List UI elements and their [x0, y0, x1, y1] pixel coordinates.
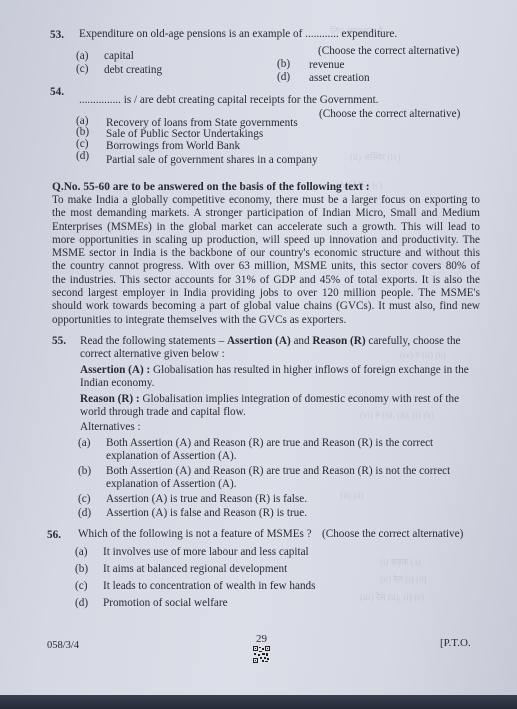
option-label: (d): [75, 597, 88, 610]
instruction: (Choose the correct alternative): [322, 528, 463, 541]
please-turn-over: [P.T.O.: [440, 637, 471, 649]
option-label: (a): [75, 546, 87, 559]
question-stem: Which of the following is not a feature …: [78, 528, 312, 541]
exam-page: लिए आवश्यक है (ii) अस्थिर (iv) MSMEs (c)…: [0, 0, 517, 695]
question-number: 56.: [47, 529, 61, 542]
option-label: (b): [75, 563, 88, 576]
desk-surface: [0, 695, 517, 709]
page-number: 29: [256, 633, 267, 645]
option-text: It leads to concentration of wealth in f…: [103, 580, 316, 593]
qr-code-icon: [253, 646, 270, 663]
option-text: It involves use of more labour and less …: [103, 546, 309, 559]
paper-code: 058/3/4: [47, 640, 79, 651]
option-text: It aims at balanced regional development: [103, 563, 287, 576]
question-56: 56. Which of the following is not a feat…: [0, 0, 517, 620]
option-label: (c): [75, 580, 87, 593]
option-text: Promotion of social welfare: [103, 597, 228, 610]
